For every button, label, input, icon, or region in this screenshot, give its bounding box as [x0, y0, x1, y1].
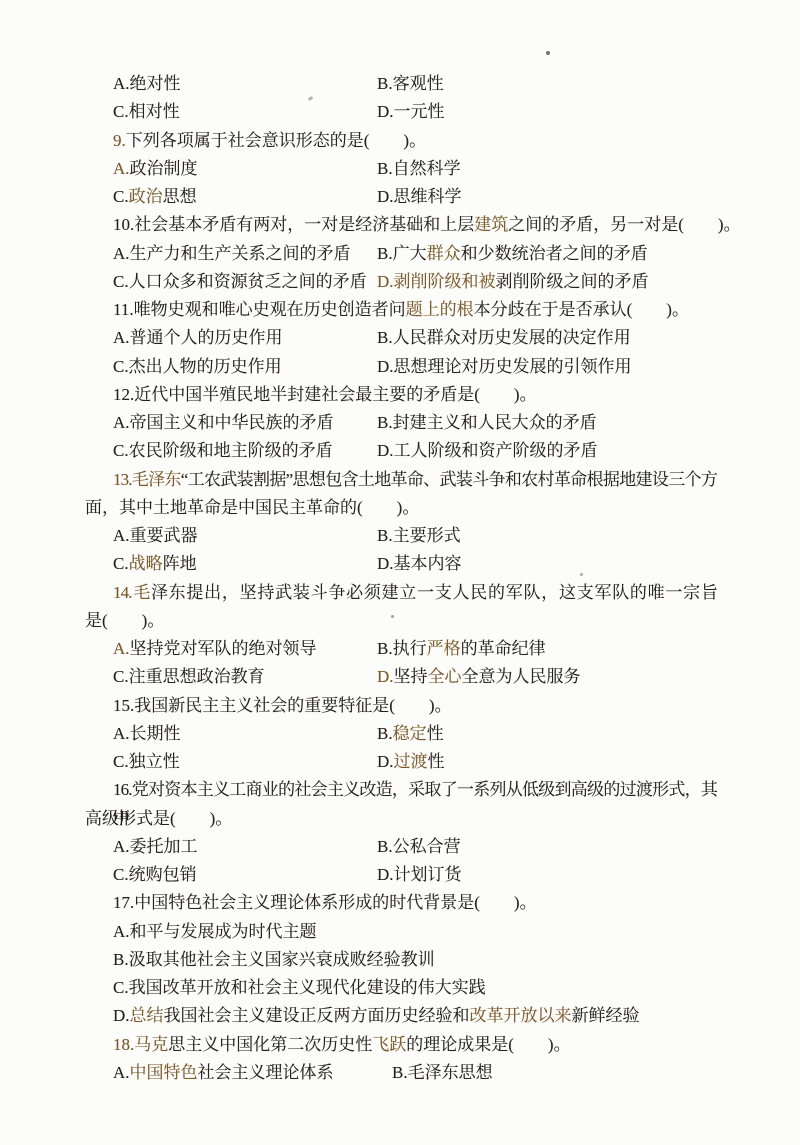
text-line: 14.毛泽东提出，坚持武装斗争必须建立一支人民的军队，这支军队的唯一宗旨	[85, 579, 717, 607]
text-segment: 阵地	[163, 554, 197, 573]
text-segment: A.生产力和生产关系之间的矛盾	[113, 244, 351, 263]
option-cell-right: D.工人阶级和资产阶级的矛盾	[377, 437, 598, 465]
text-segment: A.长期性	[113, 724, 181, 743]
text-segment: D.基本内容	[377, 554, 462, 573]
option-cell-right: D.思想理论对历史发展的引领作用	[377, 353, 632, 381]
text-segment: 全意为人民服务	[462, 667, 581, 686]
option-pair-row: C.统购包销D.计划订货	[85, 861, 717, 889]
text-segment: C.人口众多和资源贫乏之间的矛盾	[113, 272, 367, 291]
text-segment: C.独立性	[113, 752, 180, 771]
text-segment: 12.近代中国半殖民地半封建社会最主要的矛盾是( )。	[113, 385, 537, 404]
text-segment: 政治制度	[130, 159, 198, 178]
option-pair-row: A.普通个人的历史作用B.人民群众对历史发展的决定作用	[85, 324, 717, 352]
text-segment-warm: D.	[377, 667, 394, 686]
text-line: 10.社会基本矛盾有两对，一对是经济基础和上层建筑之间的矛盾，另一对是( )。	[85, 211, 717, 239]
text-segment: C.我国改革开放和社会主义现代化建设的伟大实践	[113, 978, 486, 997]
option-cell-right: B.人民群众对历史发展的决定作用	[377, 324, 631, 352]
option-cell-right: D.思维科学	[377, 183, 462, 211]
text-line: 高级形式是( )。	[85, 805, 717, 833]
scan-speck	[546, 51, 550, 55]
text-segment-warm: 战略	[129, 554, 163, 573]
option-cell-left: C.农民阶级和地主阶级的矛盾	[113, 437, 333, 465]
text-segment: 之间的矛盾，另一对是( )。	[508, 215, 740, 234]
text-segment: A.帝国主义和中华民族的矛盾	[113, 413, 334, 432]
text-segment: 思主义中国化第二次历史性	[168, 1035, 372, 1054]
text-line: 12.近代中国半殖民地半封建社会最主要的矛盾是( )。	[85, 381, 717, 409]
document-content: A.绝对性B.客观性C.相对性D.一元性9.下列各项属于社会意识形态的是( )。…	[85, 70, 717, 1087]
text-segment: 新鲜经验	[572, 1006, 640, 1025]
scanned-exam-page: A.绝对性B.客观性C.相对性D.一元性9.下列各项属于社会意识形态的是( )。…	[0, 0, 800, 1145]
text-segment: 本分歧在于是否承认( )。	[474, 300, 689, 319]
text-segment-warm: 18.马克	[113, 1035, 168, 1054]
text-segment-warm: 飞跃	[372, 1035, 406, 1054]
text-segment: A.绝对性	[113, 74, 181, 93]
option-cell-left: A.长期性	[113, 720, 181, 748]
option-pair-row: A.中国特色社会主义理论体系B.毛泽东思想	[85, 1059, 717, 1087]
text-segment: 泽东提出，坚持武装斗争必须建立一支人民的军队，这支军队的唯一宗旨	[151, 583, 717, 602]
text-segment-warm: 题上的根	[406, 300, 474, 319]
text-segment: 的革命纪律	[461, 639, 546, 658]
text-line: B.汲取其他社会主义国家兴衰成败经验教训	[85, 946, 717, 974]
option-cell-left: C.人口众多和资源贫乏之间的矛盾	[113, 268, 367, 296]
option-cell-right: D.计划订货	[377, 861, 462, 889]
option-pair-row: A.长期性B.稳定性	[85, 720, 717, 748]
option-pair-row: A.帝国主义和中华民族的矛盾B.封建主义和人民大众的矛盾	[85, 409, 717, 437]
text-segment: A.重要武器	[113, 526, 198, 545]
option-cell-left: A.普通个人的历史作用	[113, 324, 283, 352]
option-pair-row: A.重要武器B.主要形式	[85, 522, 717, 550]
text-segment-warm: 严格	[427, 639, 461, 658]
text-segment: D.一元性	[377, 102, 445, 121]
option-cell-right: B.毛泽东思想	[392, 1059, 493, 1087]
text-segment-warm: A.	[113, 159, 130, 178]
text-segment: C.杰出人物的历史作用	[113, 357, 282, 376]
text-segment-warm: D.剥削阶级和被	[377, 272, 496, 291]
text-segment: 坚持党对军队的绝对领导	[130, 639, 317, 658]
text-segment: 思想	[163, 187, 197, 206]
option-pair-row: A.坚持党对军队的绝对领导B.执行严格的革命纪律	[85, 635, 717, 663]
text-segment: B.封建主义和人民大众的矛盾	[377, 413, 597, 432]
text-segment-warm: A.	[113, 639, 130, 658]
text-segment: A.	[113, 1063, 130, 1082]
text-segment-warm: 全心	[428, 667, 462, 686]
option-pair-row: C.农民阶级和地主阶级的矛盾D.工人阶级和资产阶级的矛盾	[85, 437, 717, 465]
text-segment: C.统购包销	[113, 865, 197, 884]
text-segment: 15.我国新民主主义社会的重要特征是( )。	[113, 696, 452, 715]
text-segment: B.汲取其他社会主义国家兴衰成败经验教训	[113, 950, 435, 969]
option-cell-right: B.公私合营	[377, 833, 461, 861]
option-pair-row: C.相对性D.一元性	[85, 98, 717, 126]
text-line: 15.我国新民主主义社会的重要特征是( )。	[85, 692, 717, 720]
text-segment: B.人民群众对历史发展的决定作用	[377, 328, 631, 347]
text-segment-warm: 过渡	[394, 752, 428, 771]
text-segment: “工农武装割据”思想包含土地革命、武装斗争和农村革命根据地建设三个方	[181, 470, 717, 489]
text-segment-warm: 9.	[113, 131, 126, 150]
text-segment-warm: 13.毛泽东	[113, 470, 181, 489]
option-cell-left: A.重要武器	[113, 522, 198, 550]
option-cell-right: B.主要形式	[377, 522, 461, 550]
option-cell-left: C.战略阵地	[113, 550, 197, 578]
option-cell-right: D.过渡性	[377, 748, 445, 776]
text-segment: 我国社会主义建设正反两方面历史经验和	[164, 1006, 470, 1025]
option-cell-left: A.坚持党对军队的绝对领导	[113, 635, 317, 663]
text-line: D.总结我国社会主义建设正反两方面历史经验和改革开放以来新鲜经验	[85, 1002, 717, 1030]
text-segment: D.工人阶级和资产阶级的矛盾	[377, 441, 598, 460]
option-cell-left: C.统购包销	[113, 861, 197, 889]
text-segment-warm: 建筑	[474, 215, 508, 234]
text-segment: 社会主义理论体系	[198, 1063, 334, 1082]
text-segment: D.	[113, 1006, 130, 1025]
text-segment: D.	[377, 752, 394, 771]
text-segment: B.	[377, 724, 393, 743]
text-segment: A.普通个人的历史作用	[113, 328, 283, 347]
text-segment: B.主要形式	[377, 526, 461, 545]
text-segment: C.	[113, 554, 129, 573]
text-segment: 坚持	[394, 667, 428, 686]
option-pair-row: C.人口众多和资源贫乏之间的矛盾D.剥削阶级和被剥削阶级之间的矛盾	[85, 268, 717, 296]
text-segment: 17.中国特色社会主义理论体系形成的时代背景是( )。	[113, 893, 537, 912]
option-cell-right: B.稳定性	[377, 720, 444, 748]
option-cell-left: C.相对性	[113, 98, 180, 126]
option-cell-left: C.注重思想政治教育	[113, 663, 265, 691]
option-cell-left: C.政治思想	[113, 183, 197, 211]
text-segment: 的理论成果是( )。	[406, 1035, 570, 1054]
text-segment: B.客观性	[377, 74, 444, 93]
option-cell-left: A.生产力和生产关系之间的矛盾	[113, 240, 351, 268]
option-pair-row: A.生产力和生产关系之间的矛盾B.广大群众和少数统治者之间的矛盾	[85, 240, 717, 268]
option-pair-row: C.独立性D.过渡性	[85, 748, 717, 776]
option-cell-right: B.封建主义和人民大众的矛盾	[377, 409, 597, 437]
text-segment: C.相对性	[113, 102, 180, 121]
text-line: 16.党对资本主义工商业的社会主义改造，采取了一系列从低级到高级的过渡形式，其中	[85, 776, 717, 804]
text-segment: B.广大	[377, 244, 427, 263]
option-cell-left: A.帝国主义和中华民族的矛盾	[113, 409, 334, 437]
text-segment: 下列各项属于社会意识形态的是( )。	[126, 131, 426, 150]
text-segment: B.执行	[377, 639, 427, 658]
text-segment: 11.唯物史观和唯心史观在历史创造者问	[113, 300, 406, 319]
option-pair-row: C.战略阵地D.基本内容	[85, 550, 717, 578]
text-segment: B.自然科学	[377, 159, 461, 178]
option-cell-left: A.委托加工	[113, 833, 198, 861]
option-cell-right: B.执行严格的革命纪律	[377, 635, 546, 663]
option-cell-left: A.中国特色社会主义理论体系	[113, 1059, 334, 1087]
text-segment-warm: 总结	[130, 1006, 164, 1025]
text-segment: 是( )。	[85, 611, 164, 630]
text-segment: 面，其中土地革命是中国民主革命的( )。	[85, 498, 419, 517]
text-segment-warm: 改革开放以来	[470, 1006, 572, 1025]
text-line: 11.唯物史观和唯心史观在历史创造者问题上的根本分歧在于是否承认( )。	[85, 296, 717, 324]
text-segment: 剥削阶级之间的矛盾	[496, 272, 649, 291]
text-segment: 性	[427, 724, 444, 743]
option-cell-left: C.独立性	[113, 748, 180, 776]
text-segment: A.委托加工	[113, 837, 198, 856]
text-line: C.我国改革开放和社会主义现代化建设的伟大实践	[85, 974, 717, 1002]
text-segment: B.公私合营	[377, 837, 461, 856]
text-segment: C.注重思想政治教育	[113, 667, 265, 686]
text-segment-warm: 14.毛	[113, 583, 151, 602]
text-line: 9.下列各项属于社会意识形态的是( )。	[85, 127, 717, 155]
text-segment: A.和平与发展成为时代主题	[113, 922, 317, 941]
text-segment: 和少数统治者之间的矛盾	[461, 244, 648, 263]
text-segment-warm: 中国特色	[130, 1063, 198, 1082]
text-segment: C.农民阶级和地主阶级的矛盾	[113, 441, 333, 460]
option-pair-row: C.政治思想D.思维科学	[85, 183, 717, 211]
option-cell-right: B.广大群众和少数统治者之间的矛盾	[377, 240, 648, 268]
option-cell-left: A.绝对性	[113, 70, 181, 98]
option-cell-left: C.杰出人物的历史作用	[113, 353, 282, 381]
option-pair-row: A.政治制度B.自然科学	[85, 155, 717, 183]
text-segment: 10.社会基本矛盾有两对，一对是经济基础和上层	[113, 215, 474, 234]
text-segment: B.毛泽东思想	[392, 1063, 493, 1082]
option-cell-right: B.自然科学	[377, 155, 461, 183]
option-cell-right: D.坚持全心全意为人民服务	[377, 663, 581, 691]
text-segment-warm: 群众	[427, 244, 461, 263]
text-line: 17.中国特色社会主义理论体系形成的时代背景是( )。	[85, 889, 717, 917]
option-pair-row: A.绝对性B.客观性	[85, 70, 717, 98]
text-segment: 性	[428, 752, 445, 771]
option-pair-row: C.注重思想政治教育D.坚持全心全意为人民服务	[85, 663, 717, 691]
text-line: 13.毛泽东“工农武装割据”思想包含土地革命、武装斗争和农村革命根据地建设三个方	[85, 466, 717, 494]
text-segment: 高级形式是( )。	[85, 809, 232, 828]
text-segment: D.思维科学	[377, 187, 462, 206]
text-segment-warm: 政治	[129, 187, 163, 206]
option-cell-right: D.剥削阶级和被剥削阶级之间的矛盾	[377, 268, 649, 296]
text-segment-warm: 稳定	[393, 724, 427, 743]
text-segment: C.	[113, 187, 129, 206]
option-pair-row: C.杰出人物的历史作用D.思想理论对历史发展的引领作用	[85, 353, 717, 381]
option-pair-row: A.委托加工B.公私合营	[85, 833, 717, 861]
text-segment: D.计划订货	[377, 865, 462, 884]
option-cell-right: B.客观性	[377, 70, 444, 98]
text-line: A.和平与发展成为时代主题	[85, 918, 717, 946]
text-line: 是( )。	[85, 607, 717, 635]
option-cell-right: D.一元性	[377, 98, 445, 126]
text-segment: D.思想理论对历史发展的引领作用	[377, 357, 632, 376]
text-line: 面，其中土地革命是中国民主革命的( )。	[85, 494, 717, 522]
option-cell-left: A.政治制度	[113, 155, 198, 183]
text-line: 18.马克思主义中国化第二次历史性飞跃的理论成果是( )。	[85, 1031, 717, 1059]
option-cell-right: D.基本内容	[377, 550, 462, 578]
